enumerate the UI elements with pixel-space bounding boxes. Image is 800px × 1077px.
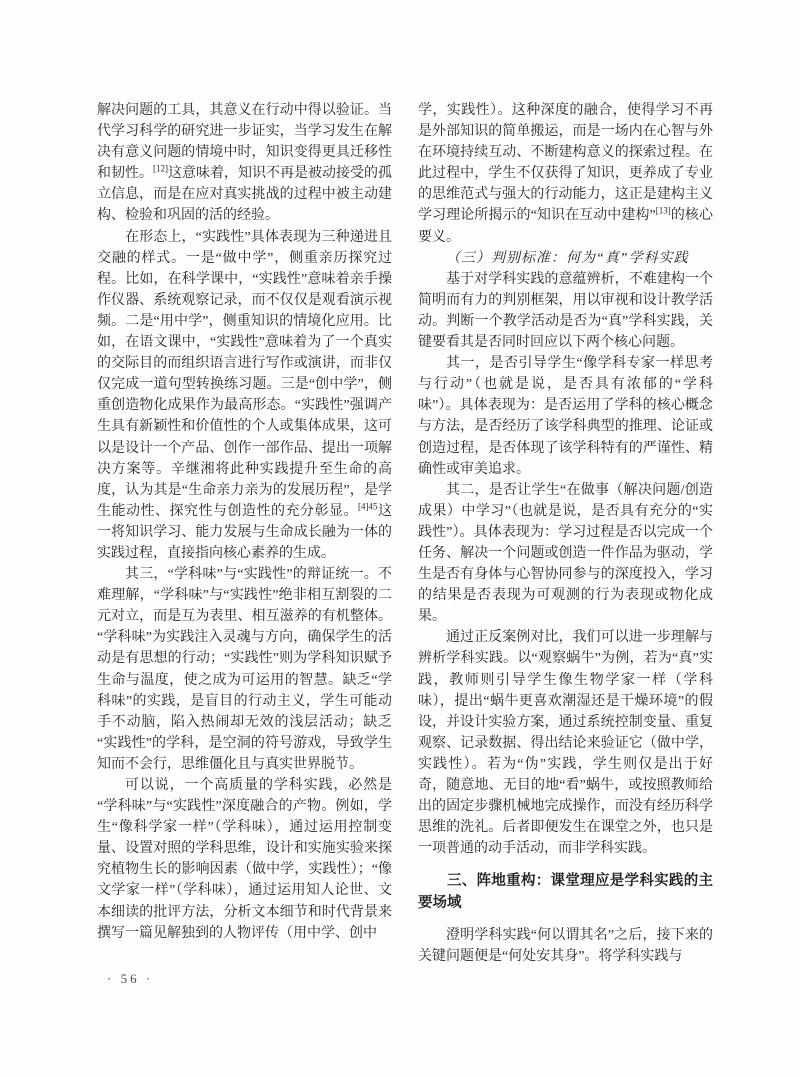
citation-superscript: [13]	[656, 206, 671, 216]
paragraph: 基于对学科实践的意蕴辨析，不难建构一个简明而有力的判别框架，用以审视和设计教学活…	[418, 269, 713, 353]
page-body: 解决问题的工具，其意义在行动中得以验证。当代学习科学的研究进一步证实，当学习发生…	[97, 100, 713, 968]
citation-superscript: [12]	[153, 164, 168, 174]
paragraph: 其二，是否让学生“在做事（解决问题/创造成果）中学习”（也就是说，是否具有充分的…	[418, 480, 713, 628]
right-column: 学，实践性）。这种深度的融合，使得学习不再是外部知识的简单搬运，而是一场内在心智…	[418, 100, 713, 968]
paragraph: 学，实践性）。这种深度的融合，使得学习不再是外部知识的简单搬运，而是一场内在心智…	[418, 100, 713, 248]
paragraph: 可以说，一个高质量的学科实践，必然是“学科味”与“实践性”深度融合的产物。例如，…	[97, 775, 392, 944]
paragraph-text: 在形态上，“实践性”具体表现为三种递进且交融的样式。一是“做中学”，侧重亲历探究…	[97, 230, 392, 519]
paragraph: 解决问题的工具，其意义在行动中得以验证。当代学习科学的研究进一步证实，当学习发生…	[97, 100, 392, 227]
document-page: 解决问题的工具，其意义在行动中得以验证。当代学习科学的研究进一步证实，当学习发生…	[0, 0, 800, 1077]
left-column: 解决问题的工具，其意义在行动中得以验证。当代学习科学的研究进一步证实，当学习发生…	[97, 100, 392, 968]
paragraph: 在形态上，“实践性”具体表现为三种递进且交融的样式。一是“做中学”，侧重亲历探究…	[97, 227, 392, 565]
subsection-heading: （三）判别标准：何为“真”学科实践	[418, 248, 713, 269]
paragraph: 其一，是否引导学生“像学科专家一样思考与行动”（也就是说，是否具有浓郁的“学科味…	[418, 353, 713, 480]
citation-superscript: [4]45	[358, 501, 378, 511]
paragraph: 其三，“学科味”与“实践性”的辩证统一。不难理解，“学科味”与“实践性”绝非相互…	[97, 564, 392, 775]
paragraph: 澄明学科实践“何以谓其名”之后，接下来的关键问题便是“何处安其身”。将学科实践与	[418, 925, 713, 967]
page-number: · 56 ·	[107, 971, 153, 987]
section-heading: 三、阵地重构：课堂理应是学科实践的主要场域	[418, 870, 713, 914]
paragraph: 通过正反案例对比，我们可以进一步理解与辨析学科实践。以“观察蜗牛”为例，若为“真…	[418, 627, 713, 859]
